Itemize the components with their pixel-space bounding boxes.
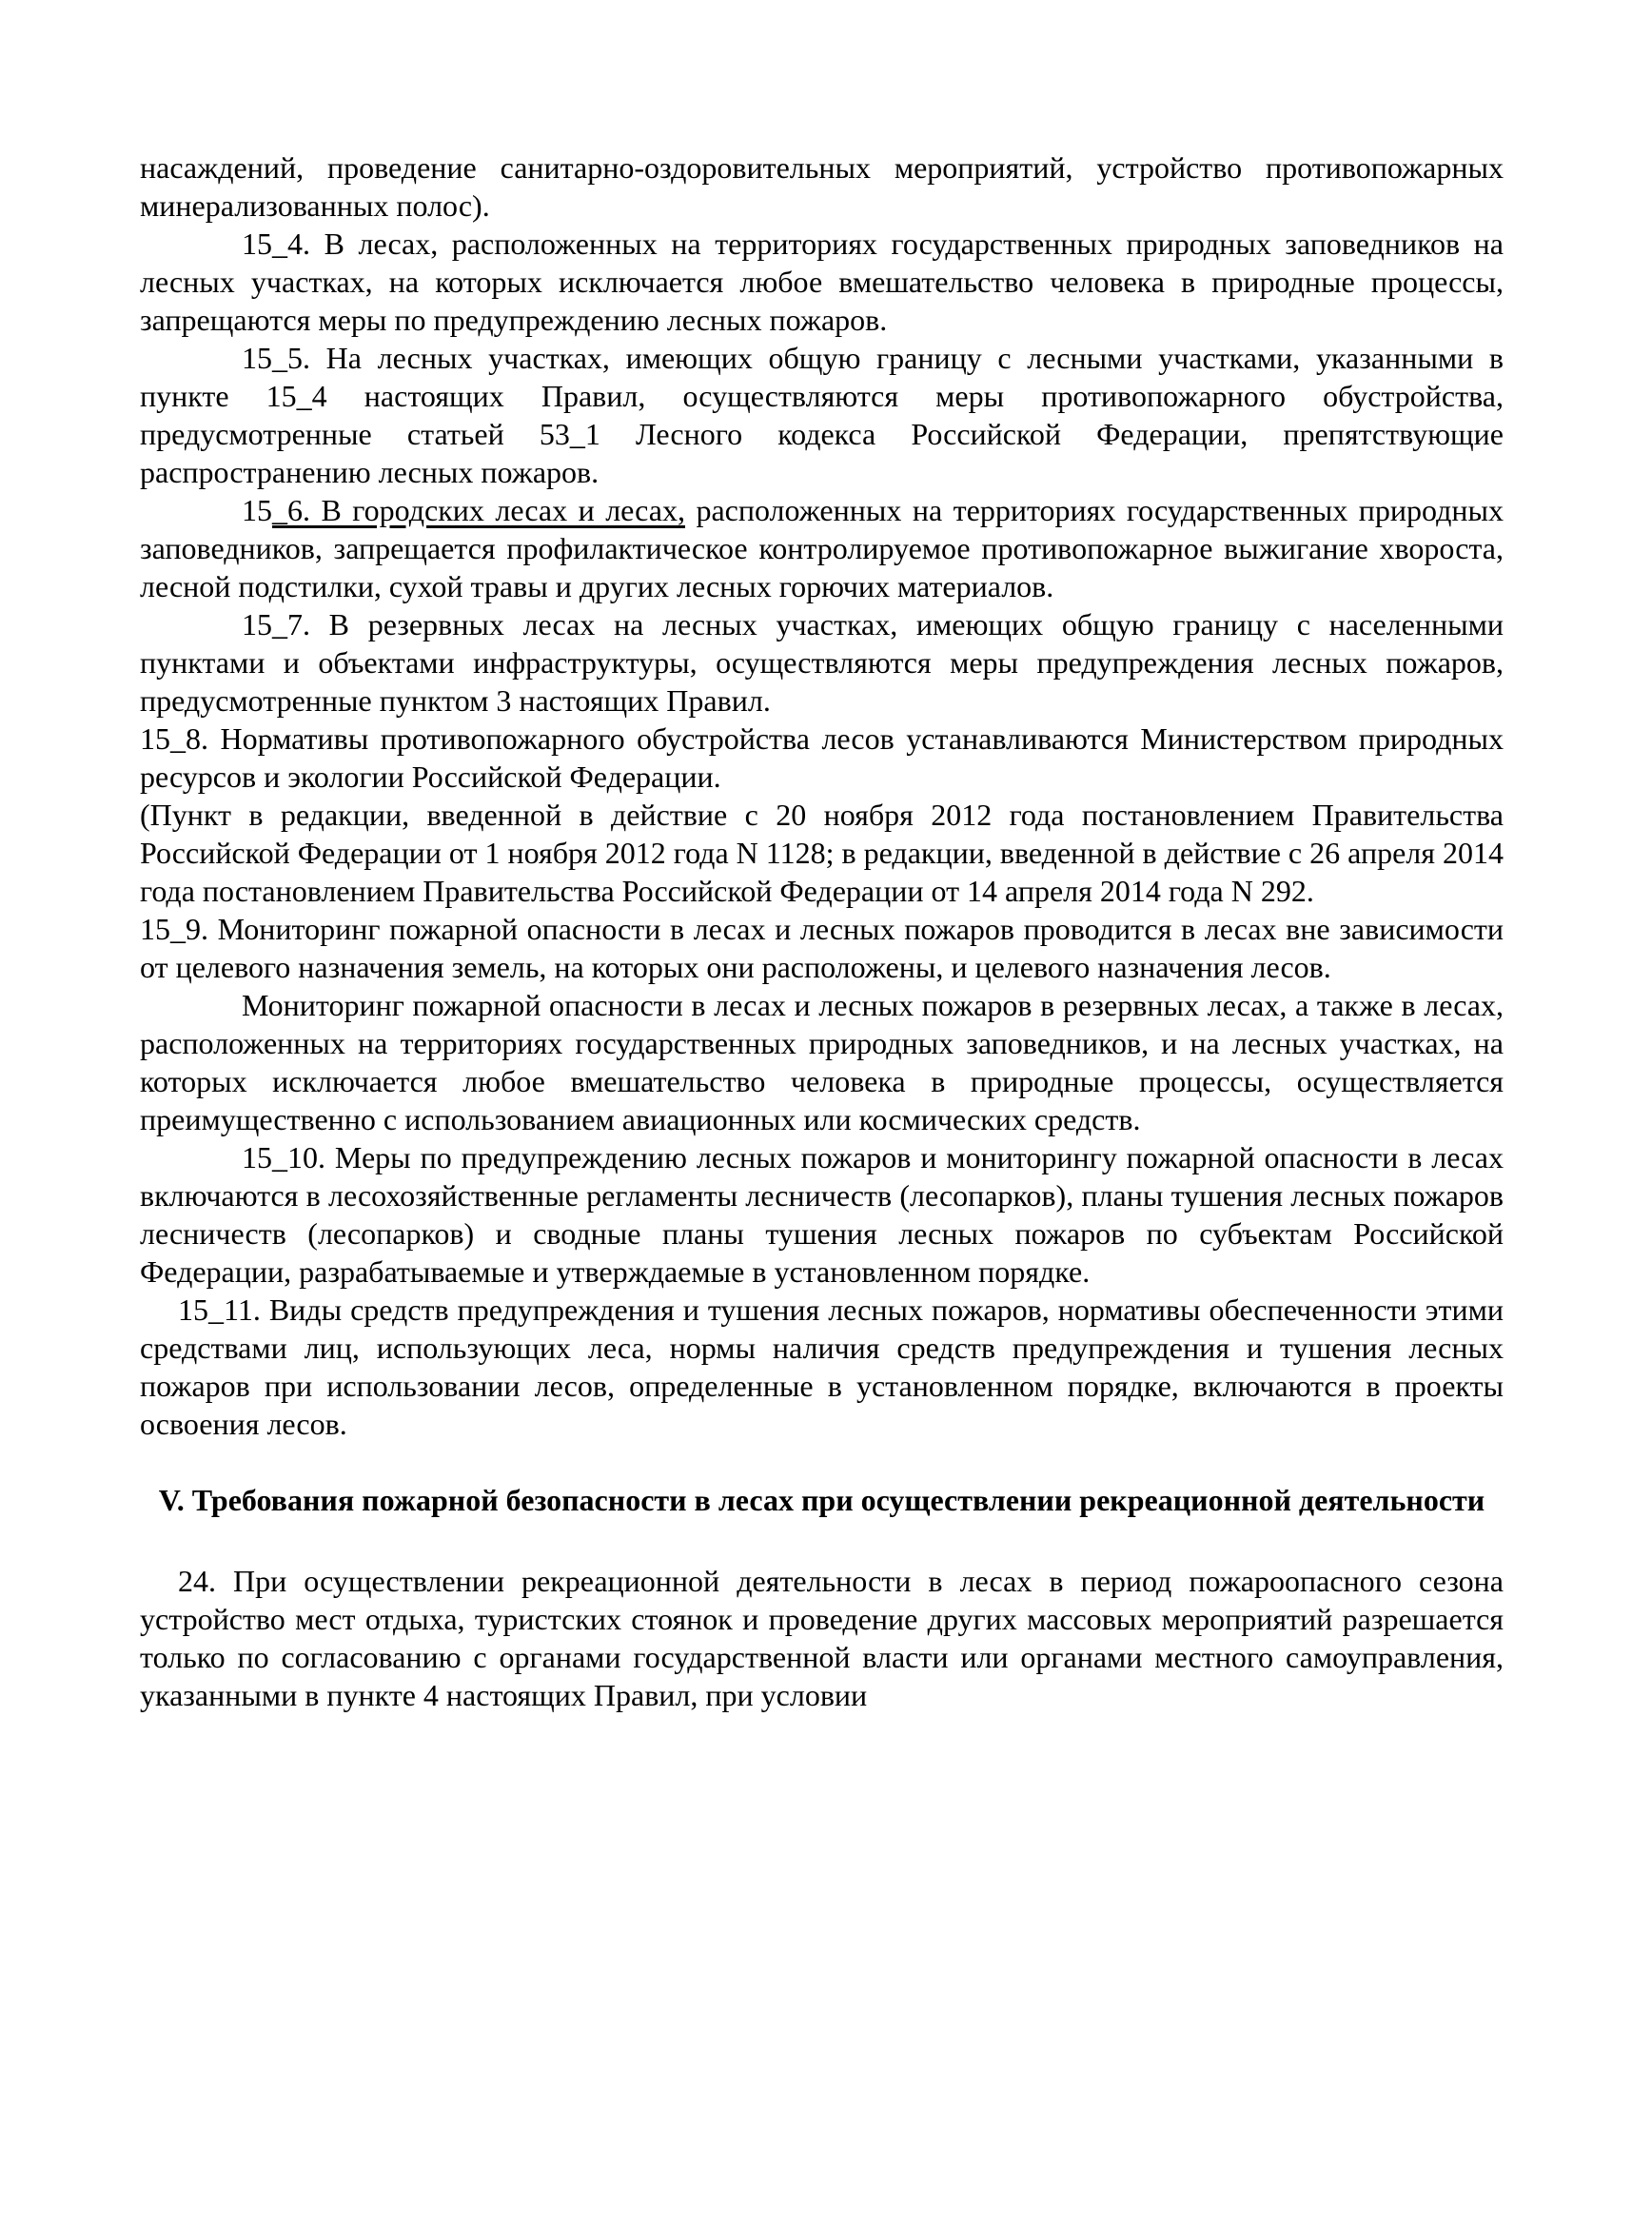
paragraph-continuation: насаждений, проведение санитарно-оздоров… [140,148,1504,225]
paragraph-24: 24. При осуществлении рекреационной деят… [140,1562,1504,1714]
document-page: насаждений, проведение санитарно-оздоров… [0,0,1652,2230]
paragraph-15-11: 15_11. Виды средств предупреждения и туш… [140,1291,1504,1443]
paragraph-15-10: 15_10. Меры по предупреждению лесных пож… [140,1138,1504,1291]
paragraph-15-4: 15_4. В лесах, расположенных на территор… [140,225,1504,339]
paragraph-edit-note: (Пункт в редакции, введенной в действие … [140,796,1504,910]
paragraph-15-6: 15_6. В городских лесах и лесах, располо… [140,491,1504,605]
paragraph-15-6-number-prefix: 15 [242,493,272,527]
paragraph-15-6-underlined-phrase: _6. В городских лесах и лесах, [272,493,685,527]
paragraph-15-9: 15_9. Мониторинг пожарной опасности в ле… [140,910,1504,986]
paragraph-15-5: 15_5. На лесных участках, имеющих общую … [140,339,1504,491]
paragraph-15-7: 15_7. В резервных лесах на лесных участк… [140,605,1504,720]
paragraph-15-9-monitoring: Мониторинг пожарной опасности в лесах и … [140,986,1504,1138]
paragraph-15-8: 15_8. Нормативы противопожарного обустро… [140,720,1504,796]
section-v-heading: V. Требования пожарной безопасности в ле… [149,1479,1494,1522]
